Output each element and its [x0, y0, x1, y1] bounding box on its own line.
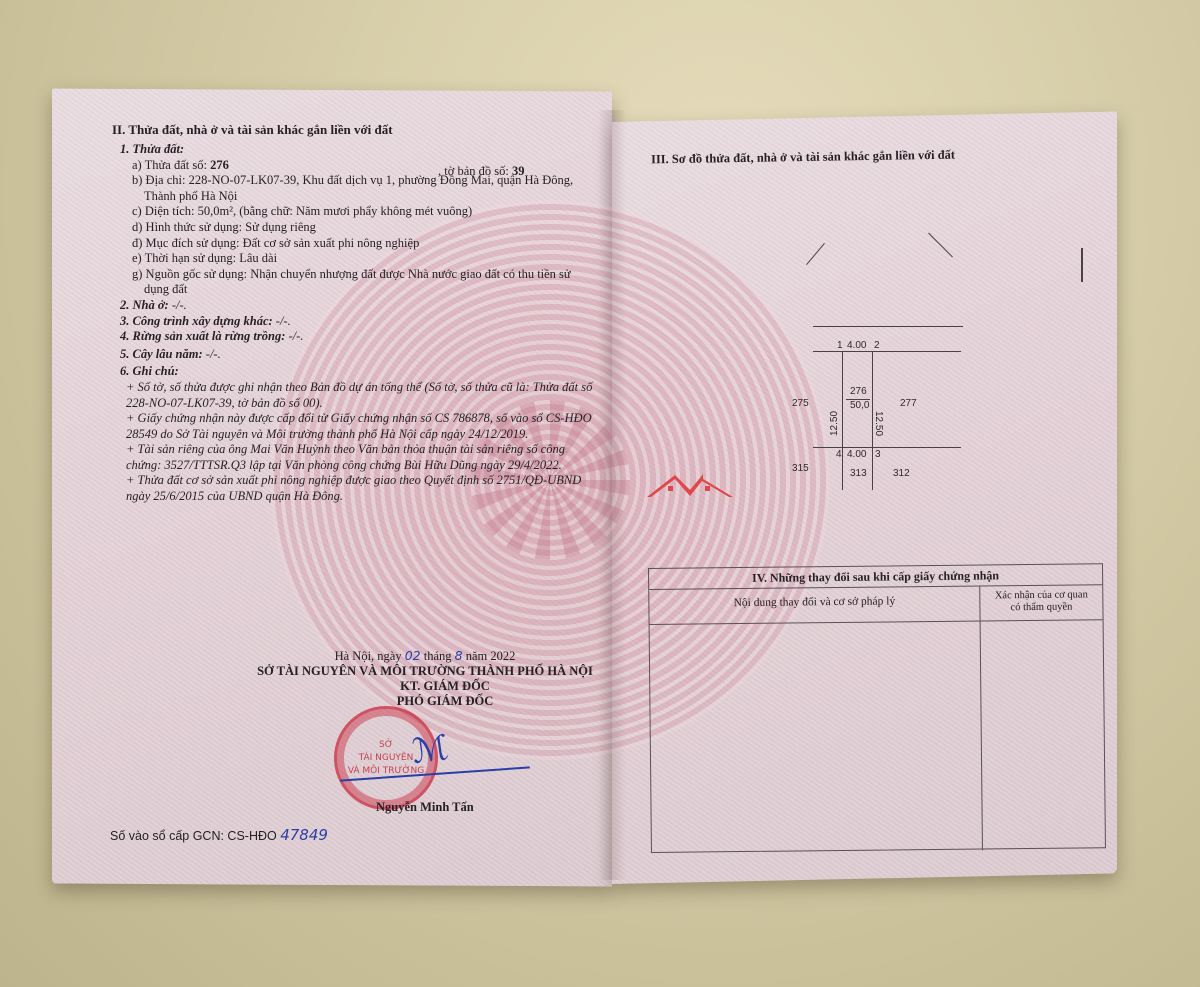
address-row: b) Địa chỉ: 228-NO-07-LK07-39, Khu đất d… [112, 173, 612, 189]
item-perennial-trees-value: -/-. [206, 347, 221, 361]
authority-confirmation-cell [981, 620, 1105, 850]
item-house-label: 2. Nhà ở: [120, 298, 169, 312]
origin-row: g) Nguồn gốc sử dụng: Nhận chuyển nhượng… [112, 267, 612, 283]
item-planted-forest-label: 4. Rừng sản xuất là rừng trồng: [120, 329, 285, 343]
neighbor-bottom-right: 312 [893, 468, 910, 479]
usage-form-value: Sử dụng riêng [245, 220, 316, 234]
origin-value-line1: Nhận chuyển nhượng đất được Nhà nước gia… [250, 267, 570, 281]
parcel-diagram: 1 4.00 2 276 50,0 275 277 12.50 12.50 4 … [790, 320, 990, 490]
changes-content-cell [650, 622, 983, 854]
date-year: năm 2022 [466, 649, 516, 663]
usage-form-row: d) Hình thức sử dụng: Sử dụng riêng [112, 220, 612, 236]
signer-title-1: KT. GIÁM ĐỐC [240, 679, 610, 694]
notes-heading: 6. Ghi chú: [112, 364, 612, 380]
corner-2: 2 [874, 340, 880, 351]
date-prefix: Hà Nội, ngày [335, 649, 402, 663]
area-value: 50,0m², (bằng chữ: Năm mươi phẩy không m… [198, 204, 473, 218]
parcel-number-row: a) Thửa đất số: 276 , tờ bản đồ số: 39 [112, 158, 612, 174]
usage-term-value: Lâu dài [239, 251, 277, 265]
signature-block: Hà Nội, ngày 02 tháng 8 năm 2022 SỞ TÀI … [240, 648, 610, 709]
map-sheet-label: , tờ bản đồ số: [438, 164, 509, 178]
signer-title-2: PHÓ GIÁM ĐỐC [240, 694, 610, 709]
note-4: + Thửa đất cơ sở sản xuất phi nông nghiệ… [112, 473, 596, 504]
item-other-construction-label: 3. Công trình xây dựng khác: [120, 314, 273, 328]
issuing-authority: SỞ TÀI NGUYÊN VÀ MÔI TRƯỜNG THÀNH PHỐ HÀ… [240, 664, 610, 679]
diagram-tick-mark [1081, 248, 1083, 282]
usage-form-label: d) Hình thức sử dụng: [132, 220, 242, 234]
item-house-value: -/-. [172, 298, 187, 312]
note-3: + Tài sản riêng của ông Mai Văn Huỳnh th… [112, 442, 596, 473]
corner-4: 4 [836, 449, 842, 460]
issue-date: Hà Nội, ngày 02 tháng 8 năm 2022 [240, 648, 610, 664]
usage-term-label: e) Thời hạn sử dụng: [132, 251, 236, 265]
gcn-registry: Số vào sổ cấp GCN: CS-HĐO 47849 [110, 826, 328, 844]
usage-purpose-value: Đất cơ sở sản xuất phi nông nghiệp [243, 236, 420, 250]
note-1: + Số tờ, số thửa được ghi nhận theo Bản … [112, 380, 596, 411]
neighbor-left: 275 [792, 398, 809, 409]
item-other-construction: 3. Công trình xây dựng khác: -/-. [112, 314, 612, 330]
authority-header-line1: Xác nhận của cơ quan [980, 589, 1102, 602]
neighbor-bottom-left: 315 [792, 463, 809, 474]
address-value-line2: Thành phố Hà Nội [112, 189, 612, 205]
date-month-handwritten: 8 [455, 648, 463, 663]
note-2: + Giấy chứng nhận này được cấp đổi từ Gi… [112, 411, 596, 442]
parcel-area-diagram: 50,0 [850, 400, 869, 411]
neighbor-bottom-center: 313 [850, 468, 867, 479]
date-day-handwritten: 02 [405, 648, 421, 663]
house-watermark-icon [645, 470, 735, 502]
origin-value-line2: dụng đất [112, 282, 612, 298]
address-label: b) Địa chỉ: [132, 173, 185, 187]
map-sheet-value: 39 [512, 164, 525, 178]
item-planted-forest-value: -/-. [289, 329, 304, 343]
parcel-number-value: 276 [210, 158, 229, 172]
gcn-number-handwritten: 47849 [280, 826, 328, 844]
item-other-construction-value: -/-. [276, 314, 291, 328]
item-house: 2. Nhà ở: -/-. [112, 298, 612, 314]
diagram-line [813, 326, 963, 327]
signer-name: Nguyễn Minh Tấn [376, 800, 474, 815]
handwritten-signature: ℳ [409, 728, 451, 773]
diagram-line [842, 351, 843, 490]
usage-purpose-row: đ) Mục đích sử dụng: Đất cơ sở sản xuất … [112, 236, 612, 252]
area-label: c) Diện tích: [132, 204, 194, 218]
section-ii-title: II. Thửa đất, nhà ở và tài sản khác gắn … [112, 122, 612, 138]
item-perennial-trees-label: 5. Cây lâu năm: [120, 347, 203, 361]
parcel-number-diagram: 276 [850, 386, 867, 397]
area-row: c) Diện tích: 50,0m², (bằng chữ: Năm mươ… [112, 204, 612, 220]
changes-content-header: Nội dung thay đổi và cơ sở pháp lý [649, 587, 980, 624]
diagram-line [813, 351, 961, 352]
changes-table-body [650, 620, 1105, 854]
corner-1: 1 [837, 340, 843, 351]
authority-confirmation-header: Xác nhận của cơ quan có thẩm quyền [980, 585, 1102, 620]
date-month-label: tháng [424, 649, 452, 663]
origin-label: g) Nguồn gốc sử dụng: [132, 267, 247, 281]
parcel-number-label: a) Thửa đất số: [132, 158, 207, 172]
right-edge-length: 12.50 [873, 411, 884, 436]
top-edge-length: 4.00 [847, 340, 866, 351]
gcn-label: Số vào sổ cấp GCN: CS-HĐO [110, 829, 277, 843]
land-info-section: II. Thửa đất, nhà ở và tài sản khác gắn … [112, 122, 612, 505]
corner-3: 3 [875, 449, 881, 460]
left-edge-length: 12.50 [829, 411, 840, 436]
neighbor-right: 277 [900, 398, 917, 409]
item-perennial-trees: 5. Cây lâu năm: -/-. [112, 347, 612, 363]
authority-header-line2: có thẩm quyền [980, 601, 1102, 614]
usage-term-row: e) Thời hạn sử dụng: Lâu dài [112, 251, 612, 267]
changes-table-header-row: Nội dung thay đổi và cơ sở pháp lý Xác n… [649, 585, 1102, 625]
changes-table: IV. Những thay đổi sau khi cấp giấy chứn… [648, 563, 1106, 853]
usage-purpose-label: đ) Mục đích sử dụng: [132, 236, 239, 250]
diagram-line [813, 447, 961, 448]
item-planted-forest: 4. Rừng sản xuất là rừng trồng: -/-. [112, 329, 612, 345]
map-sheet: , tờ bản đồ số: 39 [438, 164, 524, 180]
bottom-edge-length: 4.00 [847, 449, 866, 460]
land-heading: 1. Thửa đất: [112, 142, 612, 158]
